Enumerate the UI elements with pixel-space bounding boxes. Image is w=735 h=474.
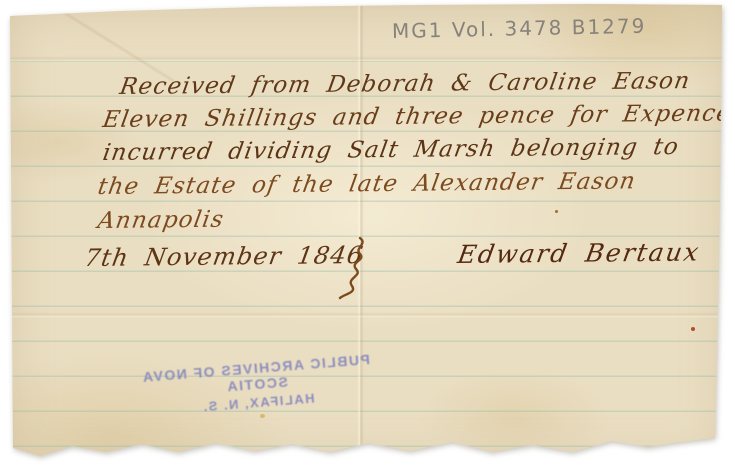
date-line: 7th November 1846 [83,241,366,272]
signature: Edward Bertaux [456,237,703,269]
scanned-receipt: MG1 Vol. 3478 B1279 Received from Debora… [0,0,735,474]
ink-speck [691,327,695,331]
receipt-line-5: Annapolis [96,207,226,234]
paper-shadow: MG1 Vol. 3478 B1279 Received from Debora… [0,0,735,474]
ink-flourish [330,236,372,300]
paper-stain-speck [260,414,265,418]
paper: MG1 Vol. 3478 B1279 Received from Debora… [0,0,735,474]
ink-speck [555,210,558,213]
